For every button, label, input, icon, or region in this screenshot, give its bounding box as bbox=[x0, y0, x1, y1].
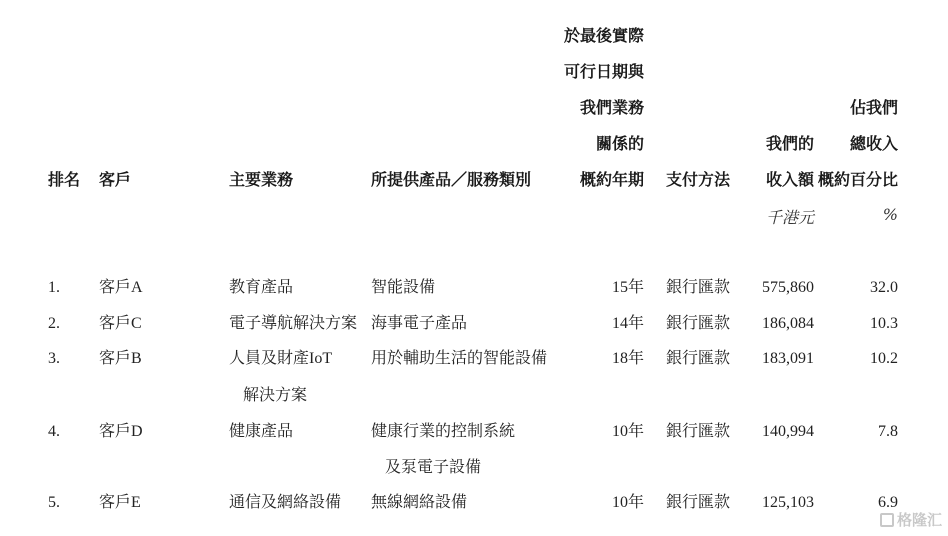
header-relationship-line4: 關係的 bbox=[560, 126, 644, 162]
revenue-share: 7.8 bbox=[820, 414, 898, 450]
customer: 客戶A bbox=[99, 270, 143, 306]
customer: 客戶B bbox=[99, 341, 142, 377]
watermark-text: 格隆汇 bbox=[897, 509, 942, 530]
header-payment: 支付方法 bbox=[666, 162, 730, 198]
rank: 5. bbox=[48, 485, 60, 521]
revenue-share: 10.2 bbox=[820, 341, 898, 377]
products: 用於輔助生活的智能設備 bbox=[371, 341, 547, 377]
header-relationship-line3: 我們業務 bbox=[560, 90, 644, 126]
watermark-logo-icon bbox=[880, 513, 894, 527]
customer: 客戶E bbox=[99, 485, 141, 521]
header-share-line3: 概約百分比 bbox=[810, 162, 898, 198]
payment-method: 銀行匯款 bbox=[666, 341, 730, 377]
relationship-years: 10年 bbox=[580, 485, 644, 521]
rank: 2. bbox=[48, 306, 60, 342]
rank: 1. bbox=[48, 270, 60, 306]
revenue: 186,084 bbox=[740, 306, 814, 342]
relationship-years: 10年 bbox=[580, 414, 644, 450]
products: 海事電子產品 bbox=[371, 306, 467, 342]
header-share-line2: 總收入 bbox=[810, 126, 898, 162]
payment-method: 銀行匯款 bbox=[666, 270, 730, 306]
revenue: 183,091 bbox=[740, 341, 814, 377]
relationship-years: 18年 bbox=[580, 341, 644, 377]
business: 健康產品 bbox=[229, 414, 293, 450]
relationship-years: 15年 bbox=[580, 270, 644, 306]
header-relationship-line2: 可行日期與 bbox=[560, 54, 644, 90]
rank: 4. bbox=[48, 414, 60, 450]
products: 無線網絡設備 bbox=[371, 485, 467, 521]
business: 人員及財產IoT bbox=[229, 341, 332, 377]
revenue: 140,994 bbox=[740, 414, 814, 450]
relationship-years: 14年 bbox=[580, 306, 644, 342]
products: 智能設備 bbox=[371, 270, 435, 306]
revenue-share: 32.0 bbox=[820, 270, 898, 306]
business: 通信及網絡設備 bbox=[229, 485, 341, 521]
header-revenue-line1: 我們的 bbox=[740, 126, 814, 162]
payment-method: 銀行匯款 bbox=[666, 306, 730, 342]
revenue: 575,860 bbox=[740, 270, 814, 306]
customer: 客戶C bbox=[99, 306, 142, 342]
header-customer: 客戶 bbox=[99, 162, 131, 198]
business: 電子導航解決方案 bbox=[229, 306, 357, 342]
customer: 客戶D bbox=[99, 414, 143, 450]
header-revenue-line2: 收入額 bbox=[740, 162, 814, 198]
header-relationship-line5: 概約年期 bbox=[560, 162, 644, 198]
payment-method: 銀行匯款 bbox=[666, 414, 730, 450]
revenue: 125,103 bbox=[740, 485, 814, 521]
rank: 3. bbox=[48, 341, 60, 377]
unit-share: % bbox=[810, 205, 898, 224]
header-relationship-line1: 於最後實際 bbox=[560, 18, 644, 54]
products: 健康行業的控制系統 bbox=[371, 414, 515, 450]
header-products: 所提供產品／服務類別 bbox=[371, 162, 531, 198]
unit-revenue: 千港元 bbox=[740, 205, 814, 228]
header-business: 主要業務 bbox=[229, 162, 293, 198]
revenue-share: 10.3 bbox=[820, 306, 898, 342]
products-continued: 及泵電子設備 bbox=[385, 450, 481, 486]
header-rank: 排名 bbox=[48, 162, 80, 198]
business: 教育產品 bbox=[229, 270, 293, 306]
header-share-line1: 佔我們 bbox=[810, 90, 898, 126]
payment-method: 銀行匯款 bbox=[666, 485, 730, 521]
business-continued: 解決方案 bbox=[243, 378, 307, 414]
watermark: 格隆汇 bbox=[880, 509, 942, 530]
